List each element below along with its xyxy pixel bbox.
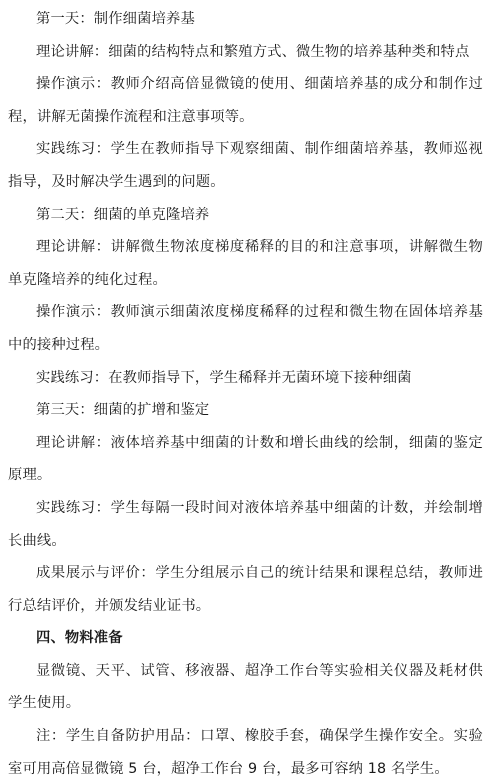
- day2-title: 第二天：细菌的单克隆培养: [8, 199, 483, 232]
- day2-practice: 实践练习：在教师指导下，学生稀释并无菌环境下接种细菌: [8, 362, 483, 395]
- day2-theory: 理论讲解：讲解微生物浓度梯度稀释的目的和注意事项，讲解微生物单克隆培养的纯化过程…: [8, 231, 483, 296]
- results-evaluation: 成果展示与评价：学生分组展示自己的统计结果和课程总结，教师进行总结评价，并颁发结…: [8, 557, 483, 622]
- materials-list: 显微镜、天平、试管、移液器、超净工作台等实验相关仪器及耗材供学生使用。: [8, 655, 483, 720]
- day1-practice: 实践练习：学生在教师指导下观察细菌、制作细菌培养基，教师巡视指导，及时解决学生遇…: [8, 133, 483, 198]
- day3-practice: 实践练习：学生每隔一段时间对液体培养基中细菌的计数，并绘制增长曲线。: [8, 492, 483, 557]
- day1-demo: 操作演示：教师介绍高倍显微镜的使用、细菌培养基的成分和制作过程，讲解无菌操作流程…: [8, 68, 483, 133]
- day1-title: 第一天：制作细菌培养基: [8, 3, 483, 36]
- materials-note: 注：学生自备防护用品：口罩、橡胶手套，确保学生操作安全。实验室可用高倍显微镜 5…: [8, 720, 483, 783]
- section-heading-materials: 四、物料准备: [8, 622, 483, 655]
- document-page: 第一天：制作细菌培养基 理论讲解：细菌的结构特点和繁殖方式、微生物的培养基种类和…: [0, 0, 491, 783]
- day3-title: 第三天：细菌的扩增和鉴定: [8, 394, 483, 427]
- day1-theory: 理论讲解：细菌的结构特点和繁殖方式、微生物的培养基种类和特点: [8, 36, 483, 69]
- day2-demo: 操作演示：教师演示细菌浓度梯度稀释的过程和微生物在固体培养基中的接种过程。: [8, 296, 483, 361]
- day3-theory: 理论讲解：液体培养基中细菌的计数和增长曲线的绘制，细菌的鉴定原理。: [8, 427, 483, 492]
